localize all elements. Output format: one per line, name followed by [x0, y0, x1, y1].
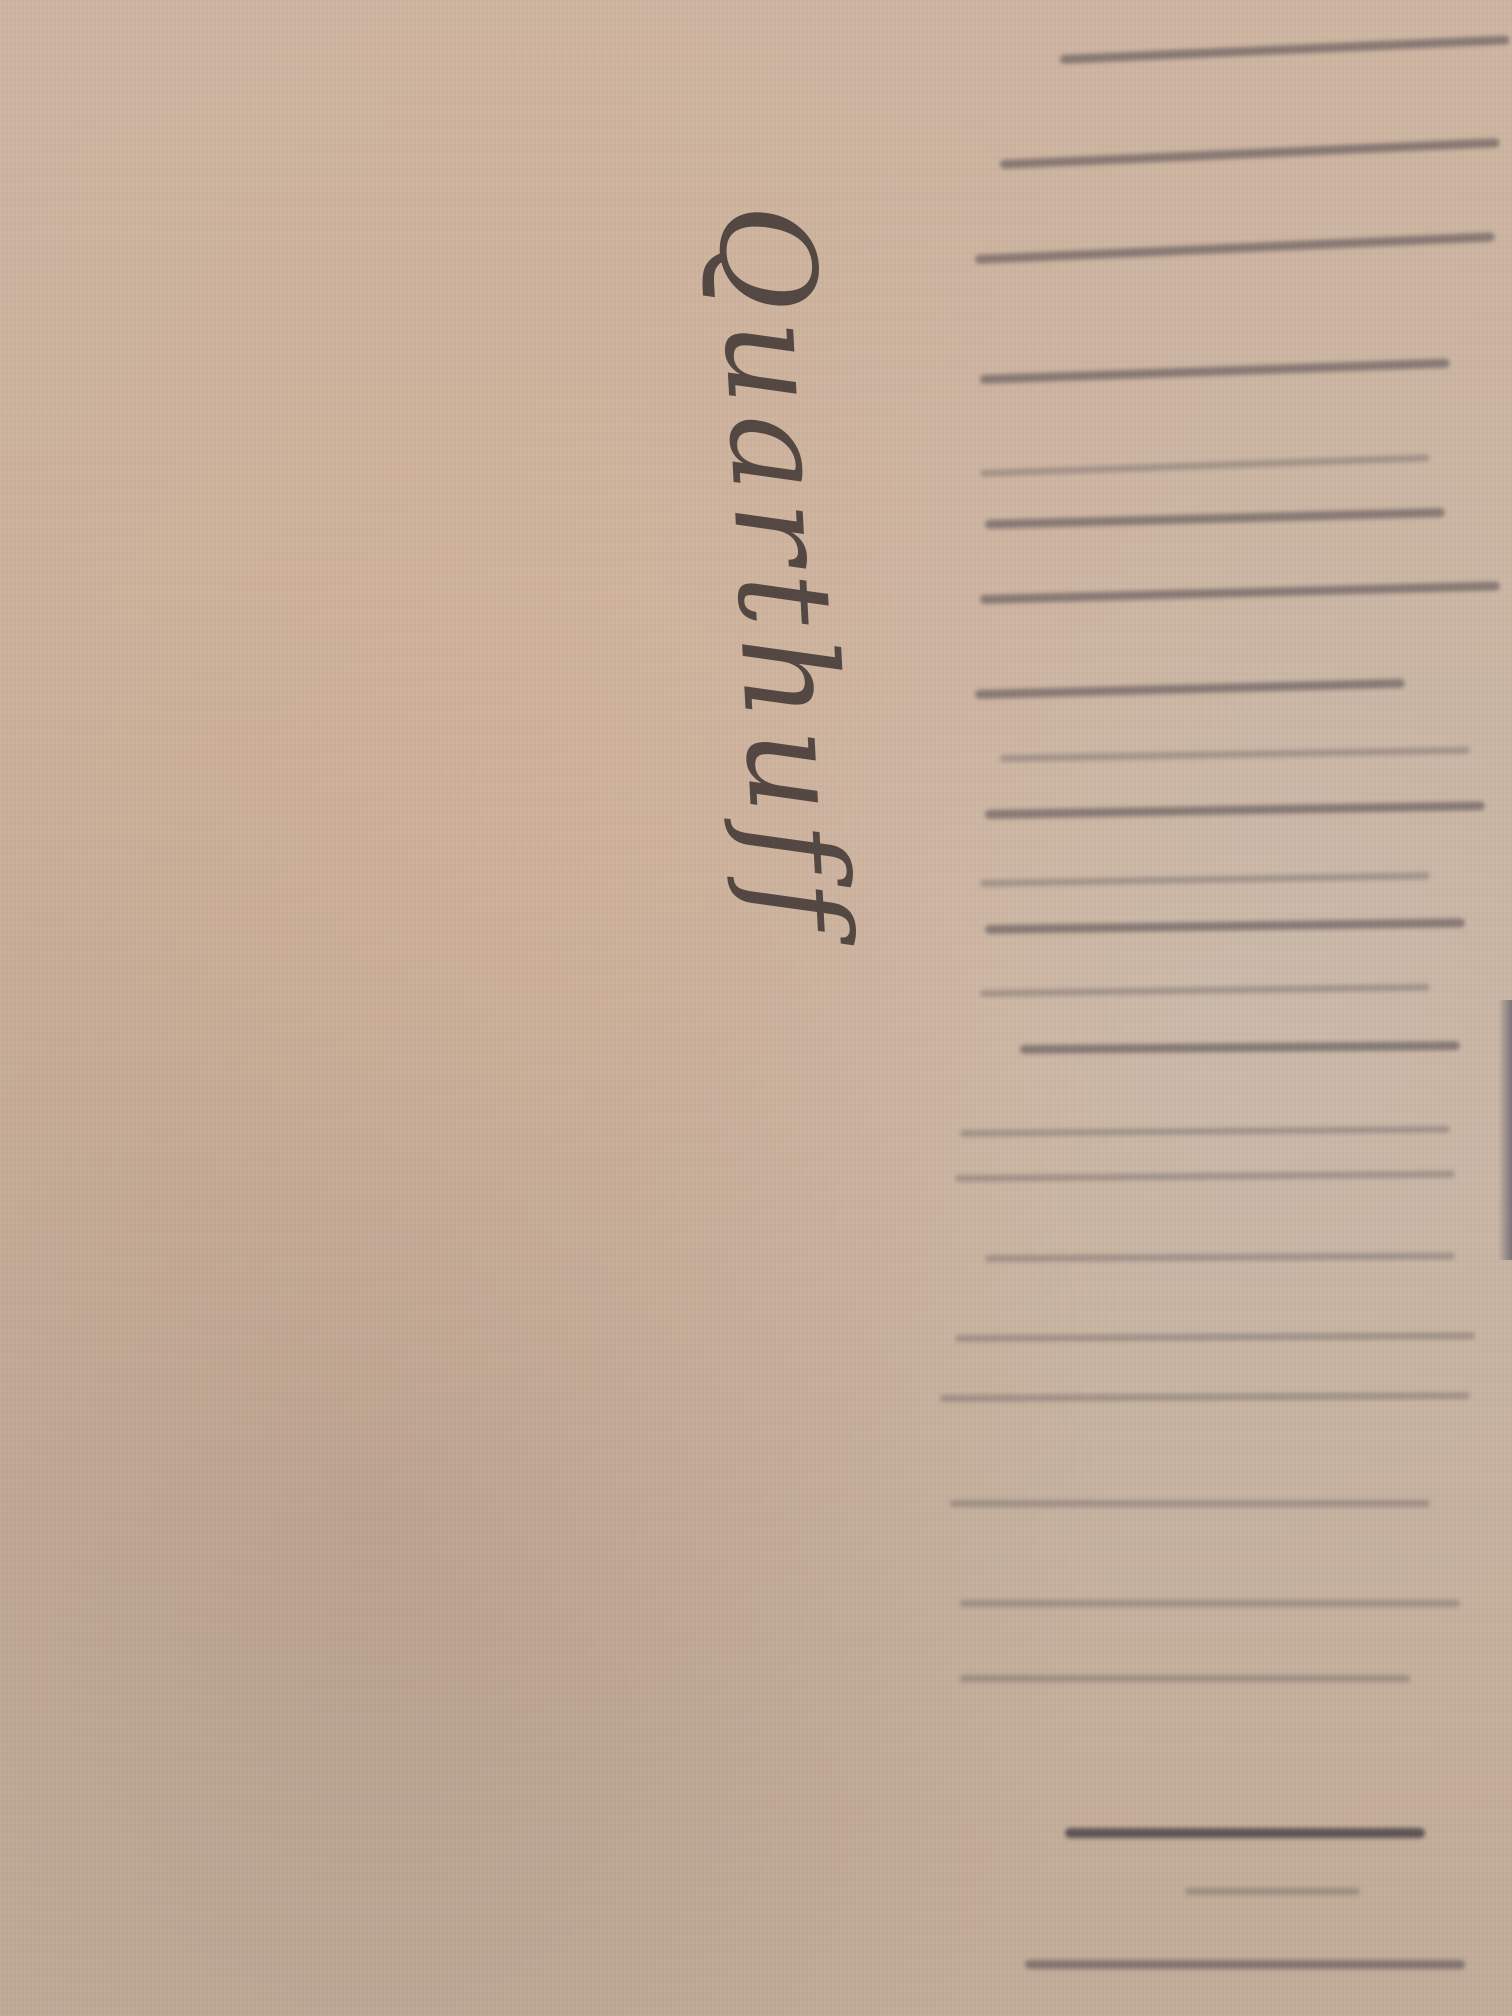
edge-shadow	[1498, 1000, 1512, 1260]
